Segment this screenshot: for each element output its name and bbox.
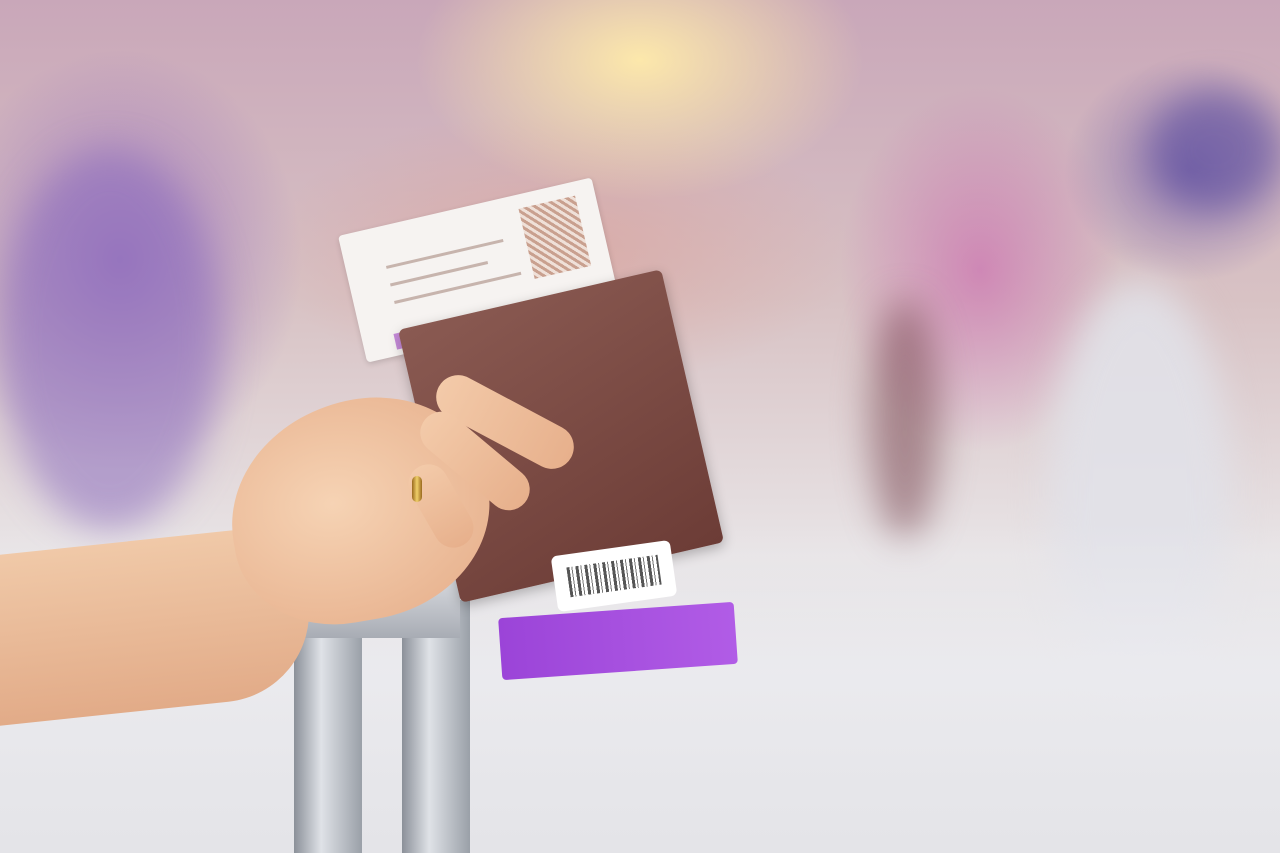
background-blur-purple [0, 150, 220, 530]
background-blur-sign [1150, 90, 1280, 210]
qr-code-icon [518, 196, 591, 279]
barcode-icon [566, 555, 661, 598]
ring-icon [412, 476, 422, 502]
background-blur-dark [870, 300, 940, 540]
photo-scene [0, 0, 1280, 853]
